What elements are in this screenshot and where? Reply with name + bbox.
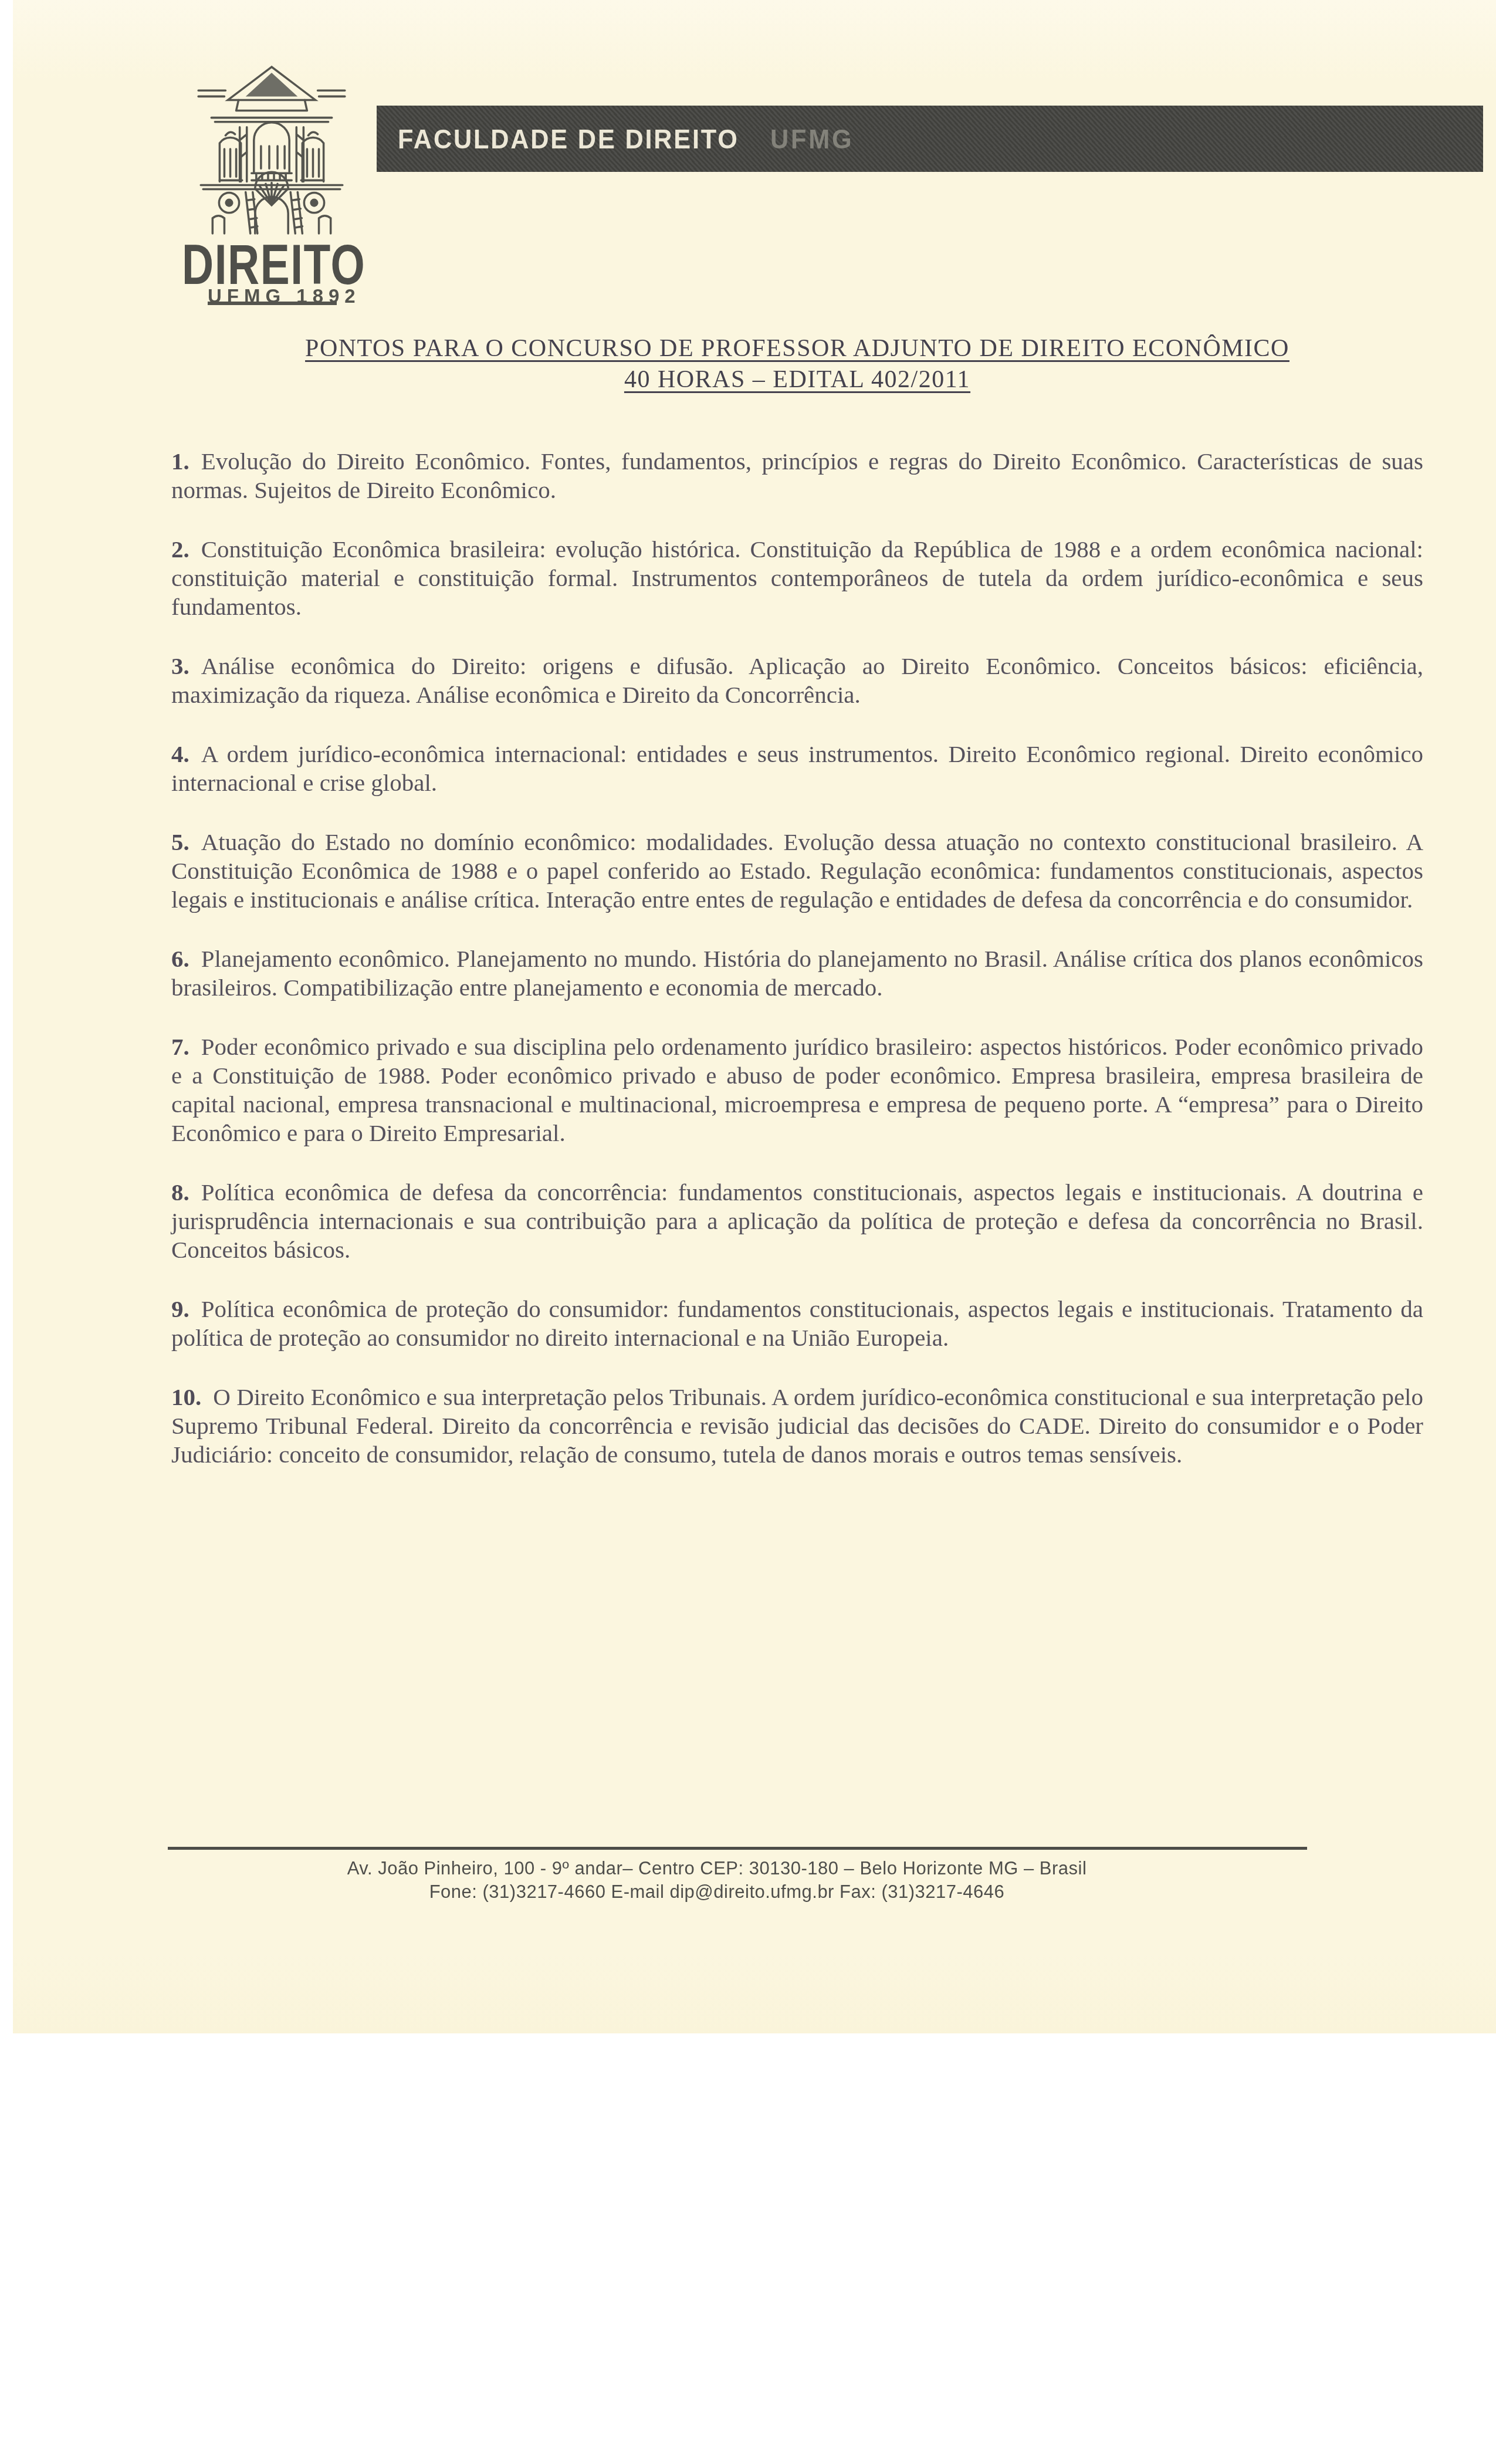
footer-contact: Fone: (31)3217-4660 E-mail dip@direito.u… — [168, 1880, 1307, 1904]
topic-item: 6.Planejamento econômico. Planejamento n… — [171, 945, 1423, 1002]
item-text: A ordem jurídico-econômica internacional… — [171, 740, 1423, 796]
letterhead-footer: Av. João Pinheiro, 100 - 9º andar– Centr… — [168, 1847, 1307, 1904]
item-number: 7. — [171, 1033, 201, 1060]
item-text: Planejamento econômico. Planejamento no … — [171, 945, 1423, 1001]
scanned-document: DIREITO UFMG 1892 FACULDADE DE DIREITO U… — [0, 0, 1496, 2464]
item-number: 8. — [171, 1179, 201, 1206]
item-text: Política econômica de proteção do consum… — [171, 1295, 1423, 1351]
topic-item: 4.A ordem jurídico-econômica internacion… — [171, 740, 1423, 797]
item-number: 1. — [171, 448, 201, 475]
footer-divider — [168, 1847, 1307, 1850]
item-number: 2. — [171, 536, 201, 563]
title-line-2: 40 HORAS – EDITAL 402/2011 — [171, 364, 1423, 395]
item-text: Atuação do Estado no domínio econômico: … — [171, 828, 1423, 913]
paper-sheet: DIREITO UFMG 1892 FACULDADE DE DIREITO U… — [13, 0, 1496, 2033]
item-text: Política econômica de defesa da concorrê… — [171, 1179, 1423, 1263]
topic-item: 5.Atuação do Estado no domínio econômico… — [171, 828, 1423, 914]
item-text: O Direito Econômico e sua interpretação … — [171, 1383, 1423, 1468]
item-number: 3. — [171, 652, 201, 679]
item-number: 6. — [171, 945, 201, 972]
footer-address: Av. João Pinheiro, 100 - 9º andar– Centr… — [168, 1857, 1307, 1880]
item-number: 5. — [171, 828, 201, 855]
title-line-1: PONTOS PARA O CONCURSO DE PROFESSOR ADJU… — [171, 333, 1423, 364]
item-text: Evolução do Direito Econômico. Fontes, f… — [171, 448, 1423, 503]
building-facade-icon — [195, 63, 348, 235]
banner-suffix: UFMG — [770, 123, 854, 155]
topic-item: 1.Evolução do Direito Econômico. Fontes,… — [171, 447, 1423, 505]
topic-item: 9.Política econômica de proteção do cons… — [171, 1295, 1423, 1352]
topic-item: 10.O Direito Econômico e sua interpretaç… — [171, 1383, 1423, 1469]
item-number: 9. — [171, 1295, 201, 1322]
letterhead-banner: FACULDADE DE DIREITO UFMG — [377, 106, 1483, 172]
topic-item: 3.Análise econômica do Direito: origens … — [171, 652, 1423, 709]
logo-underline-bar — [208, 302, 337, 305]
item-text: Constituição Econômica brasileira: evolu… — [171, 536, 1423, 620]
item-text: Análise econômica do Direito: origens e … — [171, 652, 1423, 708]
document-title: PONTOS PARA O CONCURSO DE PROFESSOR ADJU… — [171, 333, 1423, 395]
item-text: Poder econômico privado e sua disciplina… — [171, 1033, 1423, 1146]
topics-list: 1.Evolução do Direito Econômico. Fontes,… — [171, 447, 1423, 1500]
topic-item: 2.Constituição Econômica brasileira: evo… — [171, 535, 1423, 621]
topic-item: 8.Política econômica de defesa da concor… — [171, 1178, 1423, 1264]
faculty-logo: DIREITO UFMG 1892 — [182, 63, 375, 310]
banner-title: FACULDADE DE DIREITO — [398, 123, 739, 155]
topic-item: 7.Poder econômico privado e sua discipli… — [171, 1033, 1423, 1148]
item-number: 10. — [171, 1383, 213, 1410]
item-number: 4. — [171, 740, 201, 767]
